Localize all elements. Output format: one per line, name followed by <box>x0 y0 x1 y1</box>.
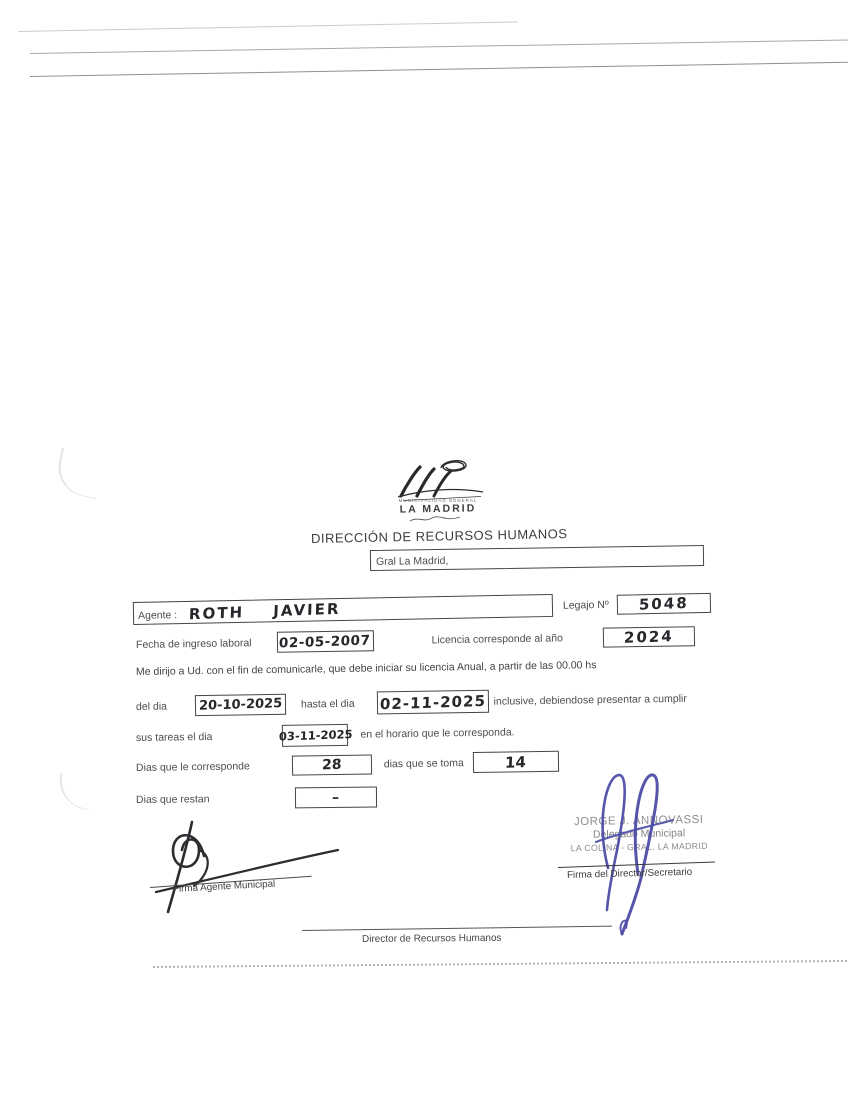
horario-text: en el horario que le corresponda. <box>360 726 514 740</box>
agent-row: Agente : ROTH JAVIER Legajo Nº 5048 <box>133 591 711 625</box>
dias-toma-handwritten: 14 <box>505 753 527 772</box>
dias-restan-row: Dias que restan – <box>136 786 377 810</box>
dias-corresponde-label: Dias que le corresponde <box>136 760 250 774</box>
licencia-anio-handwritten: 2024 <box>624 627 674 647</box>
sus-tareas-box: 03-11-2025 <box>282 724 348 747</box>
dias-restan-label: Dias que restan <box>136 793 210 806</box>
scan-artifact-line <box>30 39 848 54</box>
document-title: DIRECCIÓN DE RECURSOS HUMANOS <box>311 526 568 546</box>
dias-restan-handwritten: – <box>332 789 340 805</box>
licencia-anio-label: Licencia corresponde al año <box>431 632 563 646</box>
legajo-number-box: 5048 <box>617 592 711 614</box>
del-dia-handwritten: 20-10-2025 <box>199 696 283 714</box>
agent-name-handwritten: ROTH JAVIER <box>189 600 341 624</box>
scan-artifact-curve <box>54 773 96 811</box>
licencia-dates-row: del dia 20-10-2025 hasta el dia 02-11-20… <box>136 687 687 718</box>
licencia-anio-box: 2024 <box>603 626 695 647</box>
hasta-dia-box: 02-11-2025 <box>376 690 488 715</box>
dias-toma-label: dias que se toma <box>384 757 464 770</box>
place-date-box: Gral La Madrid, <box>370 545 704 571</box>
place-text: Gral La Madrid, <box>376 555 449 568</box>
rrhh-signature-line <box>302 926 612 931</box>
legajo-label: Legajo Nº <box>563 598 609 611</box>
del-dia-box: 20-10-2025 <box>195 694 286 716</box>
sus-tareas-handwritten: 03-11-2025 <box>278 727 352 743</box>
sus-tareas-label: sus tareas el dia <box>136 731 213 744</box>
municipality-logo-icon <box>393 456 488 502</box>
agent-signature-icon <box>142 812 342 916</box>
fecha-ingreso-label: Fecha de ingreso laboral <box>136 637 252 651</box>
dias-corresponde-box: 28 <box>292 754 372 775</box>
legajo-number-handwritten: 5048 <box>639 593 689 613</box>
fecha-ingreso-handwritten: 02-05-2007 <box>279 632 371 651</box>
dias-corresponde-row: Dias que le corresponde 28 dias que se t… <box>136 751 559 778</box>
agent-label: Agente : <box>138 609 177 622</box>
hasta-dia-handwritten: 02-11-2025 <box>379 691 486 712</box>
director-rrhh-label: Director de Recursos Humanos <box>362 933 502 945</box>
body-paragraph: Me dirijo a Ud. con el fin de comunicarl… <box>136 659 597 678</box>
reincorporacion-row: sus tareas el dia 03-11-2025 en el horar… <box>136 721 515 749</box>
fecha-ingreso-row: Fecha de ingreso laboral 02-05-2007 Lice… <box>136 625 695 655</box>
agent-name-box: Agente : ROTH JAVIER <box>133 594 553 625</box>
hasta-dia-label: hasta el dia <box>301 697 355 710</box>
logo-tagline-script-icon <box>408 514 463 524</box>
director-signature-icon <box>578 770 683 938</box>
scan-artifact-line <box>30 62 848 78</box>
dias-corresponde-handwritten: 28 <box>322 756 342 773</box>
fecha-ingreso-box: 02-05-2007 <box>276 630 373 653</box>
del-dia-label: del dia <box>136 700 167 712</box>
dias-restan-box: – <box>294 786 376 808</box>
scan-artifact-line <box>18 21 518 32</box>
inclusive-text: inclusive, debiendose presentar a cumpli… <box>494 692 687 707</box>
scan-artifact-curve <box>53 448 105 499</box>
bottom-dotted-separator <box>153 960 847 968</box>
scanned-leave-form-page: MUNICIPALIDAD GENERAL LA MADRID DIRECCIÓ… <box>0 0 850 1100</box>
dias-toma-box: 14 <box>473 751 559 773</box>
